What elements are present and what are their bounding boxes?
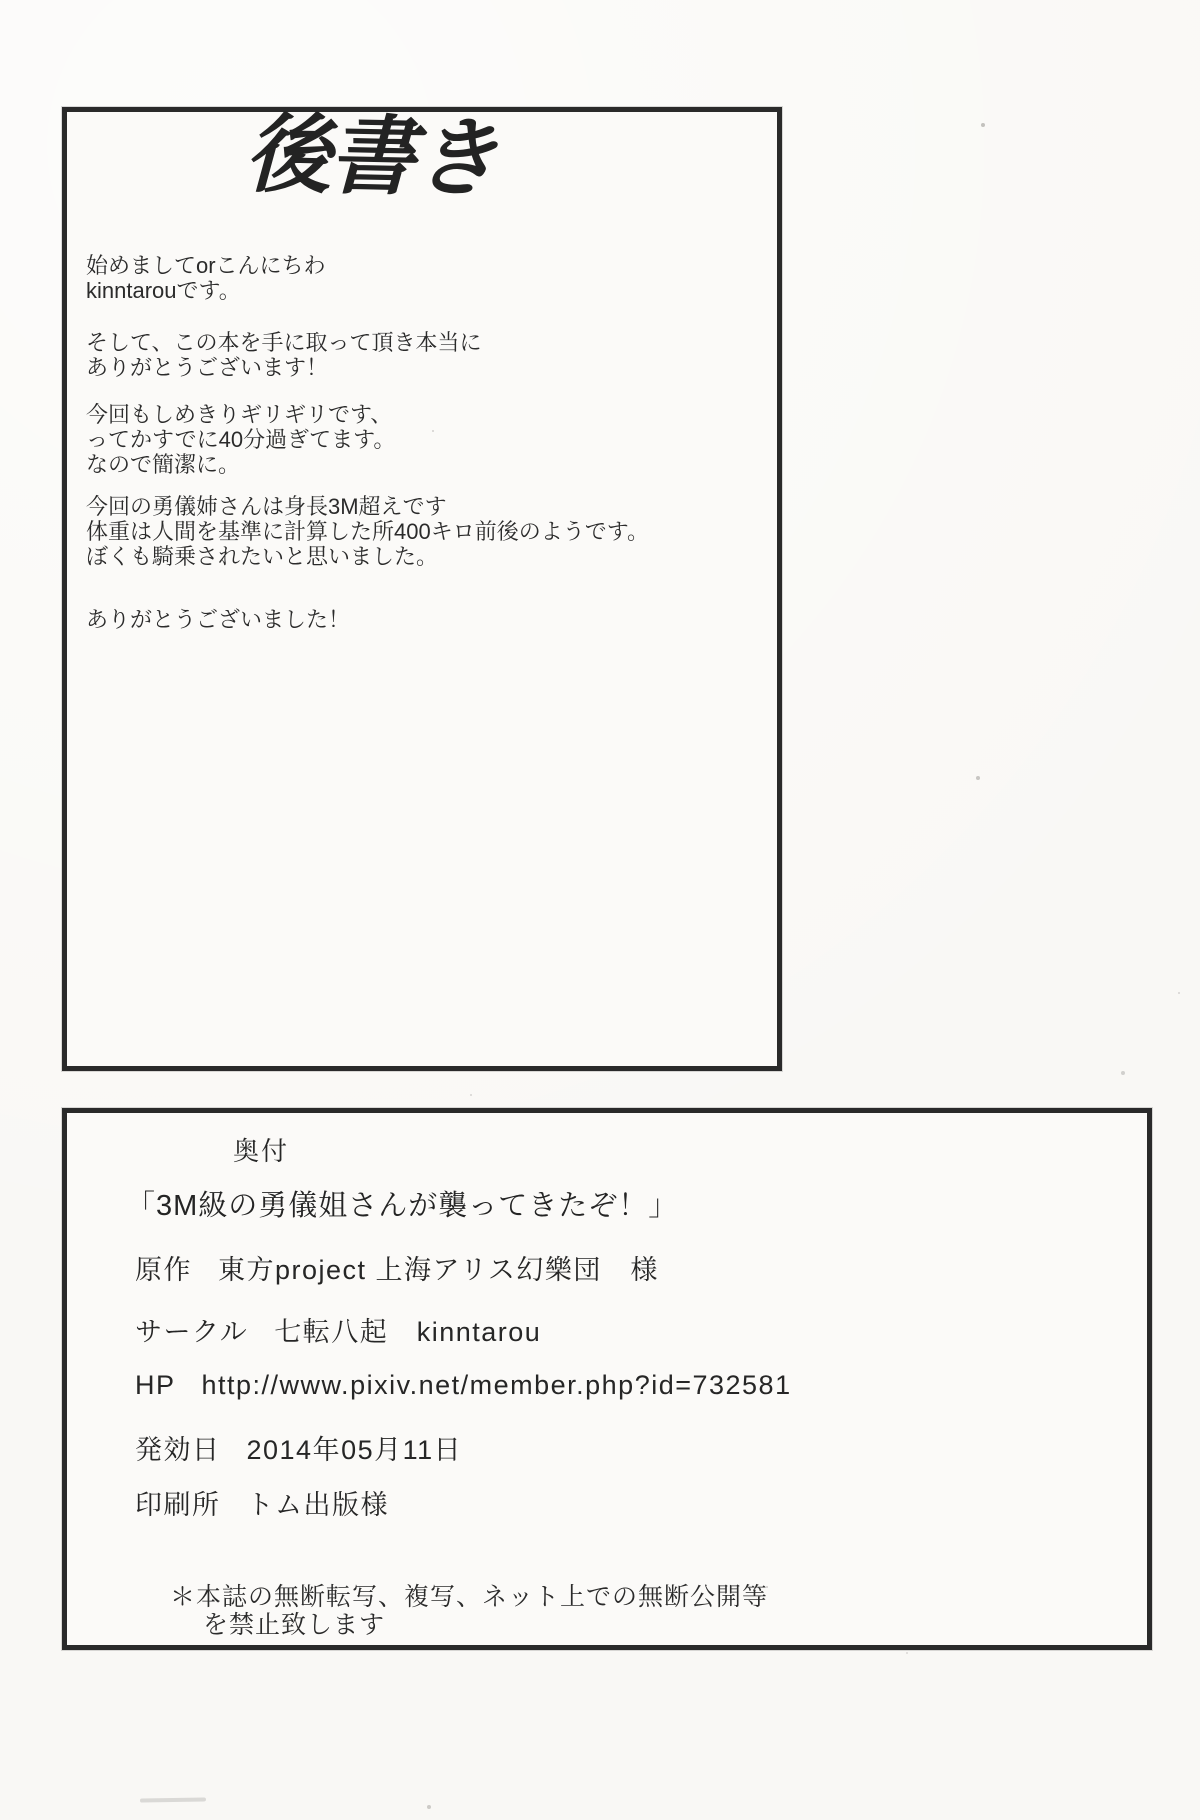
book-title: 「3M級の勇儀姐さんが襲ってきたぞ！」 (126, 1183, 678, 1224)
afterword-paragraph-thanks: そして、この本を手に取って頂き本当に ありがとうございます！ (86, 330, 756, 380)
colophon-row-homepage: HP http://www.pixiv.net/member.php?id=73… (135, 1370, 792, 1401)
text-line: ってかすでに40分過ぎてます。 (86, 427, 756, 452)
text-line: 今回の勇儀姉さんは身長3M超えです (86, 494, 756, 519)
row-value: 2014年05月11日 (247, 1428, 463, 1467)
afterword-box: 後書き 始めましてorこんにちわ kinntarouです。 そして、この本を手に… (62, 107, 782, 1071)
text-line: そして、この本を手に取って頂き本当に (86, 330, 756, 355)
notice-line: ＊本誌の無断転写、複写、ネット上での無断公開等 (170, 1584, 768, 1612)
row-value: 東方project 上海アリス幻樂団 様 (218, 1248, 659, 1287)
scan-streak (140, 1797, 206, 1802)
text-line: 体重は人間を基準に計算した所400キロ前後のようです。 (86, 519, 756, 544)
scanned-doujin-page: 後書き 始めましてorこんにちわ kinntarouです。 そして、この本を手に… (0, 0, 1200, 1820)
afterword-closing: ありがとうございました！ (86, 607, 756, 632)
colophon-row-circle: サークル 七転八起 kinntarou (135, 1310, 541, 1349)
afterword-paragraph-character-notes: 今回の勇儀姉さんは身長3M超えです 体重は人間を基準に計算した所400キロ前後の… (86, 494, 756, 569)
text-line: なので簡潔に。 (86, 452, 756, 477)
row-value: トム出版様 (247, 1483, 390, 1522)
text-line: 始めましてorこんにちわ (86, 253, 756, 278)
row-label: サークル (135, 1310, 248, 1349)
row-label: HP (135, 1370, 176, 1401)
row-value-url: http://www.pixiv.net/member.php?id=73258… (202, 1370, 792, 1401)
row-label: 印刷所 (135, 1483, 221, 1522)
row-label: 原作 (135, 1248, 192, 1287)
text-line: ぼくも騎乗されたいと思いました。 (86, 544, 756, 569)
row-value: 七転八起 kinntarou (274, 1310, 541, 1349)
scan-noise (0, 0, 2, 2)
afterword-paragraph-greeting: 始めましてorこんにちわ kinntarouです。 (86, 253, 756, 303)
colophon-header: 奥付 (233, 1131, 289, 1168)
text-line: ありがとうございます！ (86, 355, 756, 380)
colophon-row-original-work: 原作 東方project 上海アリス幻樂団 様 (135, 1248, 659, 1287)
text-line: 今回もしめきりギリギリです、 (86, 402, 756, 427)
reproduction-notice: ＊本誌の無断転写、複写、ネット上での無断公開等 を禁止致します (170, 1584, 768, 1640)
afterword-body: 始めましてorこんにちわ kinntarouです。 そして、この本を手に取って頂… (86, 253, 756, 632)
colophon-box: 奥付 「3M級の勇儀姐さんが襲ってきたぞ！」 原作 東方project 上海アリ… (62, 1108, 1152, 1650)
colophon-row-printer: 印刷所 トム出版様 (135, 1483, 389, 1522)
text-line: kinntarouです。 (86, 278, 756, 303)
notice-line: を禁止致します (170, 1612, 768, 1640)
colophon-row-issue-date: 発効日 2014年05月11日 (135, 1428, 462, 1467)
afterword-paragraph-deadline: 今回もしめきりギリギリです、 ってかすでに40分過ぎてます。 なので簡潔に。 (86, 402, 756, 477)
row-label: 発効日 (135, 1428, 221, 1467)
afterword-title: 後書き (244, 103, 498, 211)
